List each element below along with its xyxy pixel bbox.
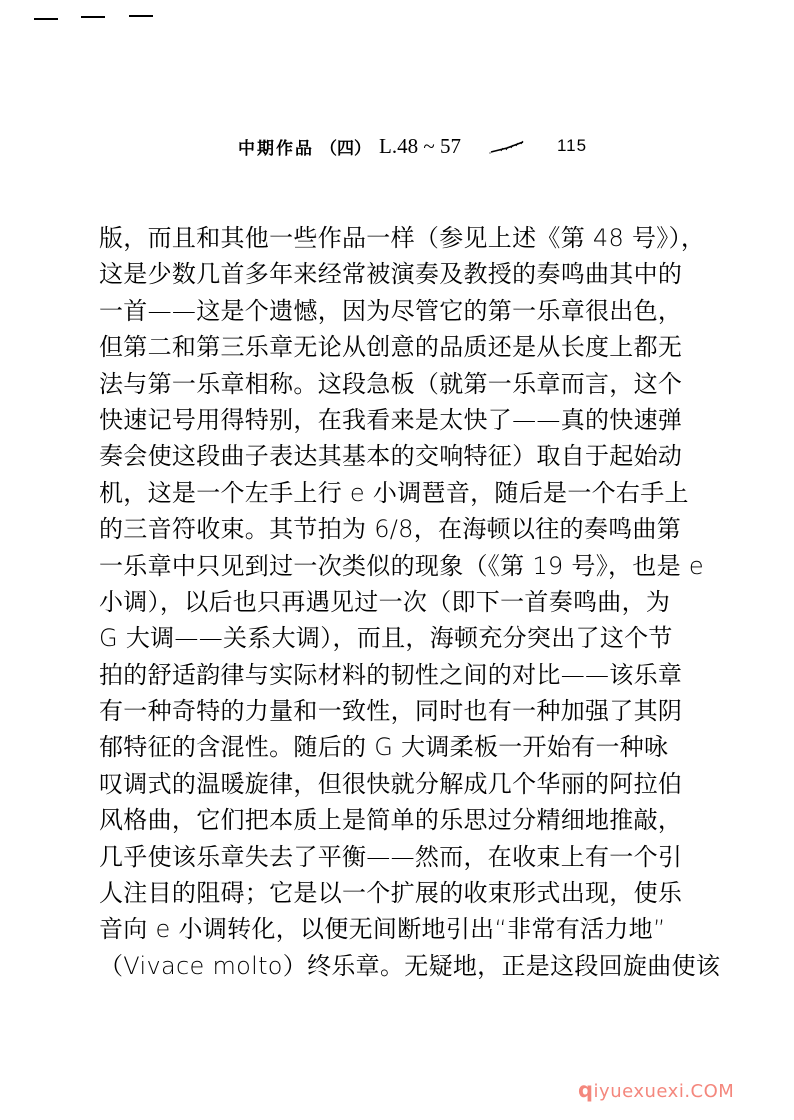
site-watermark: qiyuexuexi.COM [578, 1078, 734, 1102]
chapter-part: （四） [320, 134, 371, 159]
text-line: 的三音符收束。其节拍为 6/8，在海顿以往的奏鸣曲第 [99, 511, 659, 547]
running-head: 中期作品 （四） L.48 ~ 57 115 [238, 131, 638, 161]
chapter-title: 中期作品 [238, 134, 314, 159]
text-line: 人注目的阻碍；它是以一个扩展的收束形式出现，使乐 [99, 875, 659, 911]
text-line: 一乐章中只见到过一次类似的现象（《第 19 号》，也是 e [99, 548, 659, 584]
text-line: 版，而且和其他一些作品一样（参见上述《第 48 号》）， [99, 220, 659, 256]
text-line: 有一种奇特的力量和一致性，同时也有一种加强了其阴 [99, 693, 659, 729]
catalogue-range: L.48 ~ 57 [379, 134, 461, 159]
text-line: 法与第一乐章相称。这段急板（就第一乐章而言，这个 [99, 366, 659, 402]
page-number: 115 [557, 136, 587, 156]
scan-mark [81, 16, 105, 18]
text-line: 机，这是一个左手上行 e 小调琶音，随后是一个右手上 [99, 475, 659, 511]
text-line: 快速记号用得特别，在我看来是太快了——真的快速弹 [99, 402, 659, 438]
text-line: 一首——这是个遗憾，因为尽管它的第一乐章很出色， [99, 293, 659, 329]
text-line: 叹调式的温暖旋律，但很快就分解成几个华丽的阿拉伯 [99, 766, 659, 802]
scan-mark [129, 15, 153, 17]
watermark-lead-letter: q [578, 1078, 594, 1102]
text-line: （Vivace molto）终乐章。无疑地，正是这段回旋曲使该 [99, 948, 659, 984]
text-line: 几乎使该乐章失去了平衡——然而，在收束上有一个引 [99, 839, 659, 875]
text-line: 音向 e 小调转化，以便无间断地引出“非常有活力地” [99, 911, 659, 947]
text-line: 风格曲，它们把本质上是简单的乐思过分精细地推敲， [99, 802, 659, 838]
watermark-text: iyuexuexi.COM [594, 1081, 735, 1102]
text-line: 奏会使这段曲子表达其基本的交响特征）取自于起始动 [99, 438, 659, 474]
text-line: 但第二和第三乐章无论从创意的品质还是从长度上都无 [99, 329, 659, 365]
text-line: 这是少数几首多年来经常被演奏及教授的奏鸣曲其中的 [99, 256, 659, 292]
text-line: 小调），以后也只再遇见过一次（即下一首奏鸣曲，为 [99, 584, 659, 620]
flourish-ornament-icon [489, 139, 529, 153]
body-paragraph: 版，而且和其他一些作品一样（参见上述《第 48 号》）， 这是少数几首多年来经常… [99, 220, 659, 984]
text-line: G 大调——关系大调），而且，海顿充分突出了这个节 [99, 620, 659, 656]
text-line: 郁特征的含混性。随后的 G 大调柔板一开始有一种咏 [99, 729, 659, 765]
text-line: 拍的舒适韵律与实际材料的韧性之间的对比——该乐章 [99, 657, 659, 693]
scan-mark [34, 18, 58, 20]
